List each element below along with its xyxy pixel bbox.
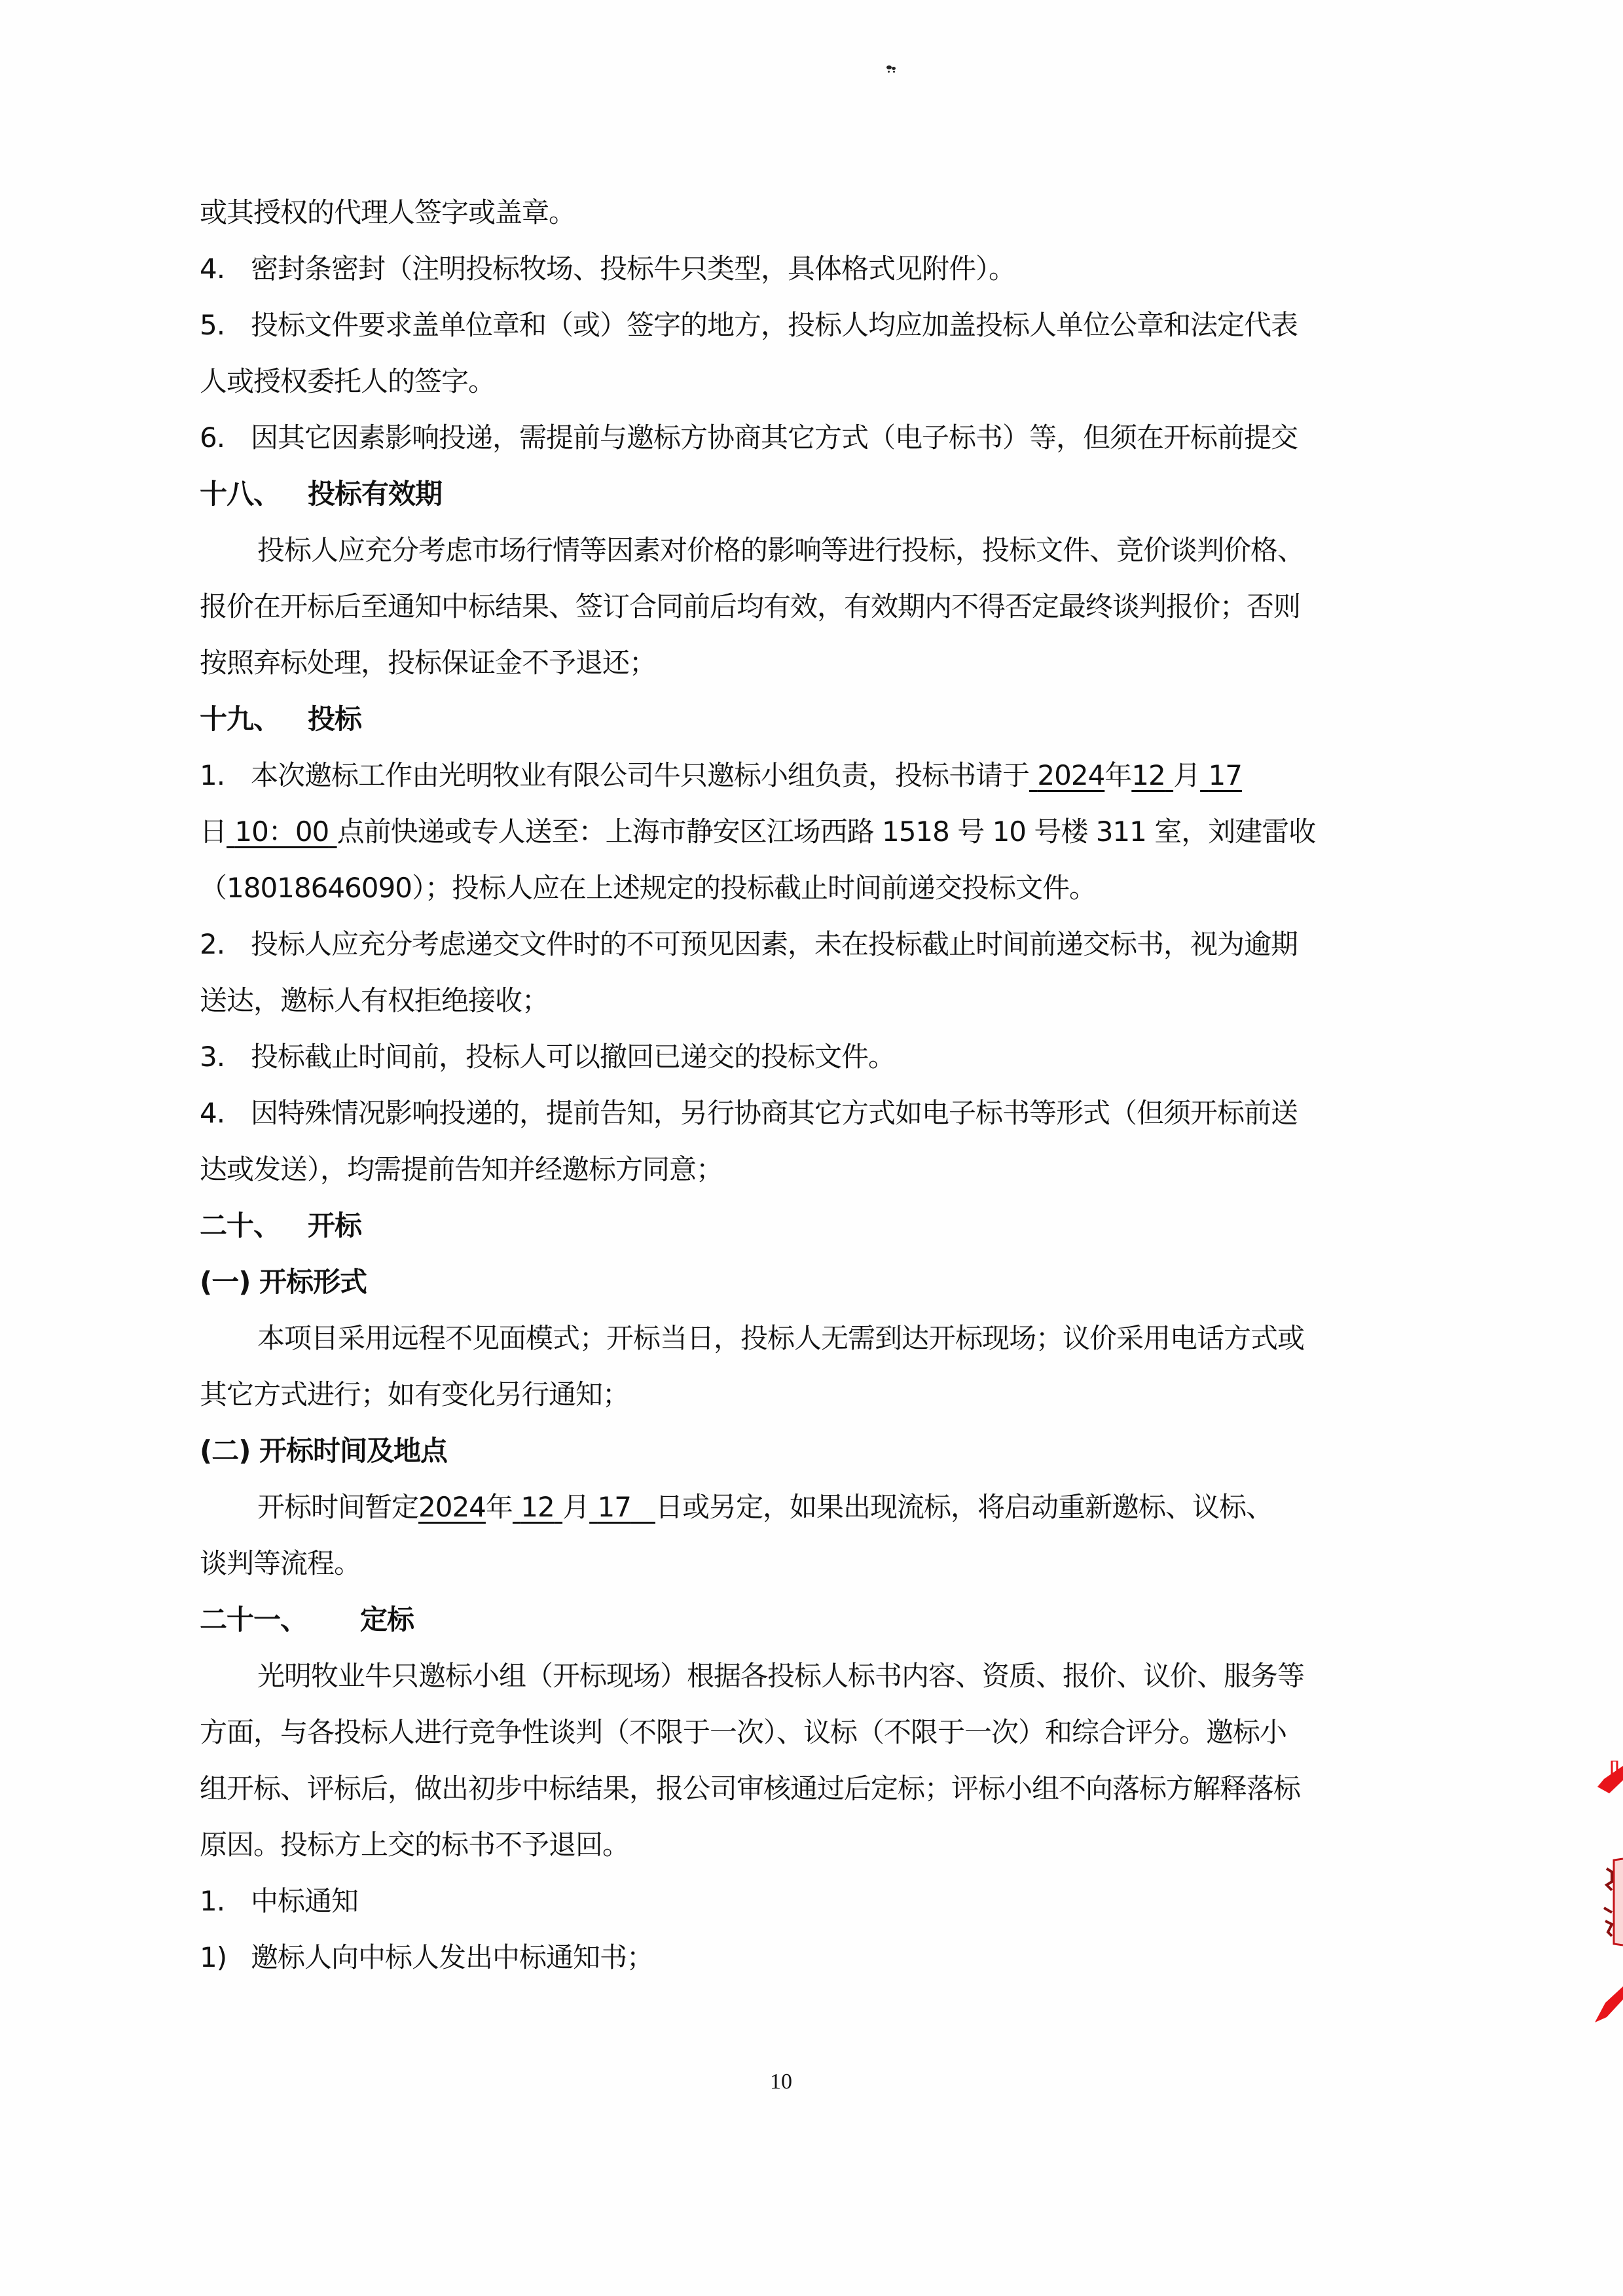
opening-time-label: 开标时间暂定 <box>257 1491 418 1523</box>
paragraph-line: 或其授权的代理人签字或盖章。 <box>200 193 575 232</box>
section-heading-19: 十九、投标 <box>200 700 361 739</box>
section-heading-21: 二十一、定标 <box>200 1600 414 1640</box>
deadline-year-field: 2024 <box>1029 759 1104 791</box>
section-number: 十九、 <box>200 700 308 739</box>
list-number: 1. <box>200 756 251 795</box>
opening-month-field: 12 <box>513 1491 562 1523</box>
list-item: 4.密封条密封（注明投标牧场、投标牛只类型，具体格式见附件）。 <box>200 249 1015 289</box>
list-item: 1.本次邀标工作由光明牧业有限公司牛只邀标小组负责，投标书请于 2024年12 … <box>200 756 1242 795</box>
paragraph-line: 开标时间暂定2024年 12 月 17 日或另定，如果出现流标，将启动重新邀标、… <box>200 1488 1273 1527</box>
paragraph-line: 方面，与各投标人进行竞争性谈判（不限于一次）、议标（不限于一次）和综合评分。邀标… <box>200 1713 1286 1752</box>
paragraph-line: 原因。投标方上交的标书不予退回。 <box>200 1825 629 1865</box>
subsection-heading: (一) 开标形式 <box>200 1263 367 1302</box>
deadline-year: 2024 <box>1037 759 1104 791</box>
document-page: 或其授权的代理人签字或盖章。 4.密封条密封（注明投标牧场、投标牛只类型，具体格… <box>0 0 1623 2296</box>
list-item: 3.投标截止时间前，投标人可以撤回已递交的投标文件。 <box>200 1037 895 1077</box>
opening-day: 17 <box>597 1491 630 1523</box>
list-text: 中标通知 <box>251 1885 358 1917</box>
section-title: 定标 <box>360 1604 414 1636</box>
list-number: 1. <box>200 1882 251 1921</box>
list-item: 1)邀标人向中标人发出中标通知书； <box>200 1938 653 1977</box>
deadline-day: 17 <box>1208 759 1241 791</box>
opening-year-field: 2024 <box>418 1491 486 1523</box>
paragraph-line: 光明牧业牛只邀标小组（开标现场）根据各投标人标书内容、资质、报价、议价、服务等 <box>200 1657 1304 1696</box>
paragraph-line: 组开标、评标后，做出初步中标结果，报公司审核通过后定标；评标小组不向落标方解释落… <box>200 1769 1300 1808</box>
list-number: 4. <box>200 249 251 289</box>
paragraph-line: 日 10：00 点前快递或专人送至：上海市静安区江场西路 1518 号 10 号… <box>200 812 1315 852</box>
paragraph-line: 谈判等流程。 <box>200 1544 361 1583</box>
subsection-heading: (二) 开标时间及地点 <box>200 1431 447 1471</box>
section-number: 二十一、 <box>200 1600 360 1640</box>
paragraph-line: 投标人应充分考虑市场行情等因素对价格的影响等进行投标，投标文件、竞价谈判价格、 <box>200 531 1304 570</box>
paragraph-line: 本项目采用远程不见面模式；开标当日，投标人无需到达开标现场；议价采用电话方式或 <box>200 1319 1304 1358</box>
paragraph-line: 按照弃标处理，投标保证金不予退还； <box>200 643 656 683</box>
deadline-day-field: 17 <box>1200 759 1242 791</box>
paragraph-line: （18018646090）；投标人应在上述规定的投标截止时间前递交投标文件。 <box>200 869 1096 908</box>
opening-month: 12 <box>520 1491 554 1523</box>
list-number: 4. <box>200 1094 251 1133</box>
section-title: 开标 <box>308 1210 361 1242</box>
delivery-address-text: 点前快递或专人送至：上海市静安区江场西路 1518 号 10 号楼 311 室，… <box>337 816 1316 848</box>
deadline-month: 12 <box>1131 759 1165 791</box>
list-text: 邀标人向中标人发出中标通知书； <box>251 1941 653 1973</box>
seal-stamp-icon <box>1592 1761 1623 2022</box>
year-label: 年 <box>486 1491 513 1523</box>
list-text: 因特殊情况影响投递的，提前告知，另行协商其它方式如电子标书等形式（但须开标前送 <box>251 1097 1298 1129</box>
list-text: 投标截止时间前，投标人可以撤回已递交的投标文件。 <box>251 1041 895 1073</box>
section-number: 二十、 <box>200 1206 308 1246</box>
list-number: 2. <box>200 925 251 964</box>
list-number: 6. <box>200 418 251 457</box>
list-text: 本次邀标工作由光明牧业有限公司牛只邀标小组负责，投标书请于 <box>251 759 1029 791</box>
section-title: 投标有效期 <box>308 478 442 510</box>
section-title: 投标 <box>308 703 361 735</box>
opening-rest-text: 日或另定，如果出现流标，将启动重新邀标、议标、 <box>655 1491 1273 1523</box>
list-text: 因其它因素影响投递，需提前与邀标方协商其它方式（电子标书）等，但须在开标前提交 <box>251 422 1298 454</box>
scan-speck-mark <box>884 65 898 73</box>
paragraph-line: 送达，邀标人有权拒绝接收； <box>200 981 549 1020</box>
day-label: 日 <box>200 816 227 848</box>
list-item: 1.中标通知 <box>200 1882 358 1921</box>
paragraph-line: 人或授权委托人的签字。 <box>200 362 495 401</box>
opening-day-field: 17 <box>589 1491 655 1523</box>
deadline-time: 10：00 <box>234 816 329 848</box>
paragraph-line: 其它方式进行；如有变化另行通知； <box>200 1375 629 1414</box>
list-item: 4.因特殊情况影响投递的，提前告知，另行协商其它方式如电子标书等形式（但须开标前… <box>200 1094 1298 1133</box>
month-label: 月 <box>1173 759 1200 791</box>
list-text: 投标人应充分考虑递交文件时的不可预见因素，未在投标截止时间前递交标书，视为逾期 <box>251 928 1298 960</box>
list-item: 6.因其它因素影响投递，需提前与邀标方协商其它方式（电子标书）等，但须在开标前提… <box>200 418 1298 457</box>
section-number: 十八、 <box>200 475 308 514</box>
paragraph-line: 达或发送），均需提前告知并经邀标方同意； <box>200 1150 723 1189</box>
month-label: 月 <box>562 1491 589 1523</box>
deadline-month-field: 12 <box>1131 759 1173 791</box>
deadline-time-field: 10：00 <box>227 816 337 848</box>
list-item: 2.投标人应充分考虑递交文件时的不可预见因素，未在投标截止时间前递交标书，视为逾… <box>200 925 1298 964</box>
page-number: 10 <box>770 2070 792 2094</box>
list-text: 投标文件要求盖单位章和（或）签字的地方，投标人均应加盖投标人单位公章和法定代表 <box>251 309 1298 341</box>
section-heading-18: 十八、投标有效期 <box>200 475 442 514</box>
list-number: 3. <box>200 1037 251 1077</box>
list-number: 1) <box>200 1938 251 1977</box>
list-text: 密封条密封（注明投标牧场、投标牛只类型，具体格式见附件）。 <box>251 253 1015 285</box>
opening-year: 2024 <box>418 1491 486 1523</box>
paragraph-line: 报价在开标后至通知中标结果、签订合同前后均有效，有效期内不得否定最终谈判报价；否… <box>200 587 1300 626</box>
list-number: 5. <box>200 306 251 345</box>
section-heading-20: 二十、开标 <box>200 1206 361 1246</box>
list-item: 5.投标文件要求盖单位章和（或）签字的地方，投标人均应加盖投标人单位公章和法定代… <box>200 306 1298 345</box>
year-label: 年 <box>1104 759 1131 791</box>
